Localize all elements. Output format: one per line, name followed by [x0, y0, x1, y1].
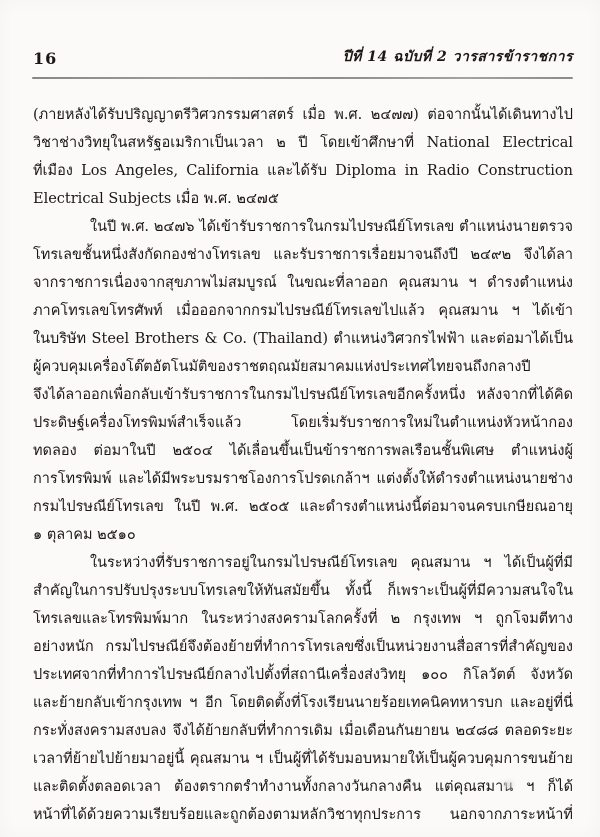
text-line: Electrical Subjects เมื่อ พ.ศ. ๒๔๗๕ [33, 185, 573, 213]
journal-title-header: ปีที่ 14 ฉบับที่ 2 วารสารข้าราชการ [343, 46, 573, 68]
text-line: สำคัญในการปรับปรุงระบบโทรเลขให้ทันสมัยขึ… [33, 577, 573, 605]
page-header: 16 ปีที่ 14 ฉบับที่ 2 วารสารข้าราชการ [33, 46, 573, 68]
text-line: ในบริษัท Steel Brothers & Co. (Thailand)… [33, 325, 573, 353]
text-line: และติดตั้งตลอดเวลา ต้องตรากตรำทำงานทั้งก… [33, 773, 573, 801]
text-line: โทรเลขและโทรพิมพ์มาก ในระหว่างสงครามโลกค… [33, 605, 573, 633]
text-line: ในปี พ.ศ. ๒๔๗๖ ได้เข้ารับราชการในกรมไปรษ… [33, 213, 573, 241]
text-line: ในระหว่างที่รับราชการอยู่ในกรมไปรษณีย์โท… [33, 549, 573, 577]
text-line: เวลาที่ย้ายไปย้ายมาอยู่นี้ คุณสมาน ฯ เป็… [33, 745, 573, 773]
text-line: (ภายหลังได้รับปริญญาตรีวิศวกรรมศาสตร์ เม… [33, 101, 573, 129]
text-line: และย้ายกลับเข้ากรุงเทพ ฯ อีก โดยติดตั้งท… [33, 689, 573, 717]
text-line: ผู้ควบคุมเครื่องโต๊ตอัตโนมัติของราชตฤณมั… [33, 353, 573, 381]
body-text: (ภายหลังได้รับปริญญาตรีวิศวกรรมศาสตร์ เม… [33, 101, 573, 829]
text-line: จากราชการเนื่องจากสุขภาพไม่สมบูรณ์ ในขณะ… [33, 269, 573, 297]
page-number: 16 [33, 49, 57, 68]
text-line: กรมไปรษณีย์โทรเลข ในปี พ.ศ. ๒๕๐๕ และดำรง… [33, 493, 573, 521]
text-line: ที่เมือง Los Angeles, California และได้ร… [33, 157, 573, 185]
text-line: หน้าที่ได้ด้วยความเรียบร้อยและถูกต้องตาม… [33, 801, 573, 829]
text-line: ประดิษฐ์เครื่องโทรพิมพ์สำเร็จแล้ว โดยเริ… [33, 409, 573, 437]
text-line: ๑ ตุลาคม ๒๕๑๐ [33, 521, 573, 549]
text-line: การโทรพิมพ์ และได้มีพระบรมราชโองการโปรดเ… [33, 465, 573, 493]
document-page: 16 ปีที่ 14 ฉบับที่ 2 วารสารข้าราชการ (ภ… [0, 0, 600, 837]
header-rule [32, 77, 573, 79]
scan-smudge-artifact [503, 781, 513, 789]
text-line: กระทั่งสงครามสงบลง จึงได้ย้ายกลับที่ทำกา… [33, 717, 573, 745]
text-line: ภาคโทรเลขโทรศัพท์ เมื่อออกจากกรมไปรษณีย์… [33, 297, 573, 325]
text-line: จึงได้ลาออกเพื่อกลับเข้ารับราชการในกรมไป… [33, 381, 573, 409]
text-line: ทดลอง ต่อมาในปี ๒๕๐๔ ได้เลื่อนขึ้นเป็นข้… [33, 437, 573, 465]
text-line: วิชาช่างวิทยุในสหรัฐอเมริกาเป็นเวลา ๒ ปี… [33, 129, 573, 157]
text-line: ประเทศจากที่ทำการไปรษณีย์กลางไปตั้งที่สถ… [33, 661, 573, 689]
text-line: อย่างหนัก กรมไปรษณีย์จึงต้องย้ายที่ทำการ… [33, 633, 573, 661]
text-line: โทรเลขชั้นหนึ่งสังกัดกองช่างโทรเลข และรั… [33, 241, 573, 269]
